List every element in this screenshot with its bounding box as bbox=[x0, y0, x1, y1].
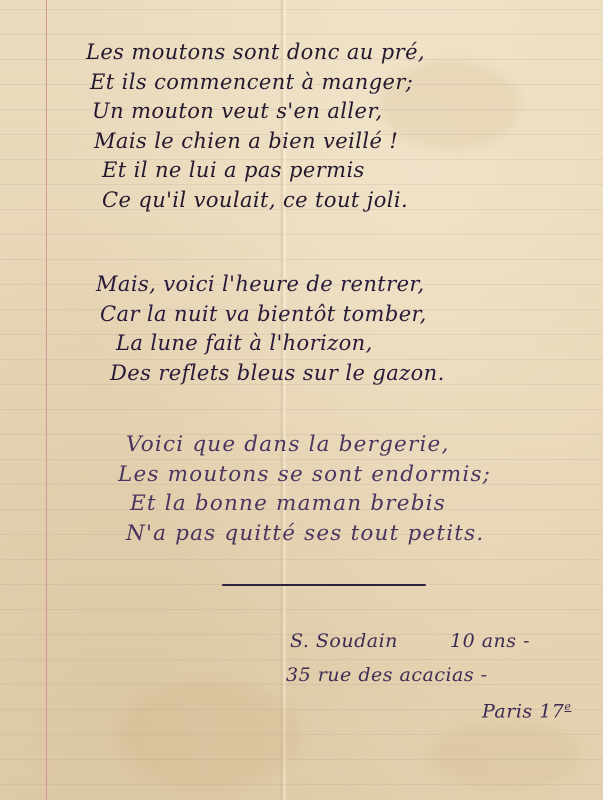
signature-city-suffix: e bbox=[564, 700, 571, 713]
poem-line: Et ils commencent à manger; bbox=[90, 68, 425, 98]
poem-line: N'a pas quitté ses tout petits. bbox=[126, 519, 491, 549]
poem-line: Un mouton veut s'en aller, bbox=[92, 97, 425, 127]
signature-city-text: Paris 17 bbox=[482, 700, 564, 722]
handwritten-letter-page: Les moutons sont donc au pré, Et ils com… bbox=[0, 0, 603, 800]
poem-line: Mais le chien a bien veillé ! bbox=[94, 127, 425, 157]
poem-line: Et il ne lui a pas permis bbox=[102, 156, 425, 186]
red-margin-line bbox=[46, 0, 47, 800]
poem-line: Voici que dans la bergerie, bbox=[126, 430, 491, 460]
signature-name: S. Soudain bbox=[290, 630, 398, 652]
separator-line bbox=[222, 584, 426, 586]
paper-stain bbox=[120, 680, 300, 790]
poem-line: Les moutons se sont endormis; bbox=[118, 460, 491, 490]
signature-address: 35 rue des acacias - bbox=[286, 664, 488, 686]
poem-line: Mais, voici l'heure de rentrer, bbox=[96, 270, 445, 300]
poem-line: La lune fait à l'horizon, bbox=[116, 329, 445, 359]
poem-stanza-1: Les moutons sont donc au pré, Et ils com… bbox=[86, 38, 425, 215]
poem-line: Des reflets bleus sur le gazon. bbox=[110, 359, 445, 389]
poem-line: Car la nuit va bientôt tomber, bbox=[100, 300, 445, 330]
poem-stanza-3: Voici que dans la bergerie, Les moutons … bbox=[118, 430, 491, 548]
poem-line: Les moutons sont donc au pré, bbox=[86, 38, 425, 68]
poem-stanza-2: Mais, voici l'heure de rentrer, Car la n… bbox=[96, 270, 445, 388]
signature-city: Paris 17e bbox=[482, 700, 571, 722]
signature-age: 10 ans - bbox=[450, 630, 530, 652]
poem-line: Ce qu'il voulait, ce tout joli. bbox=[102, 186, 425, 216]
poem-line: Et la bonne maman brebis bbox=[130, 489, 491, 519]
paper-stain bbox=[430, 720, 580, 790]
